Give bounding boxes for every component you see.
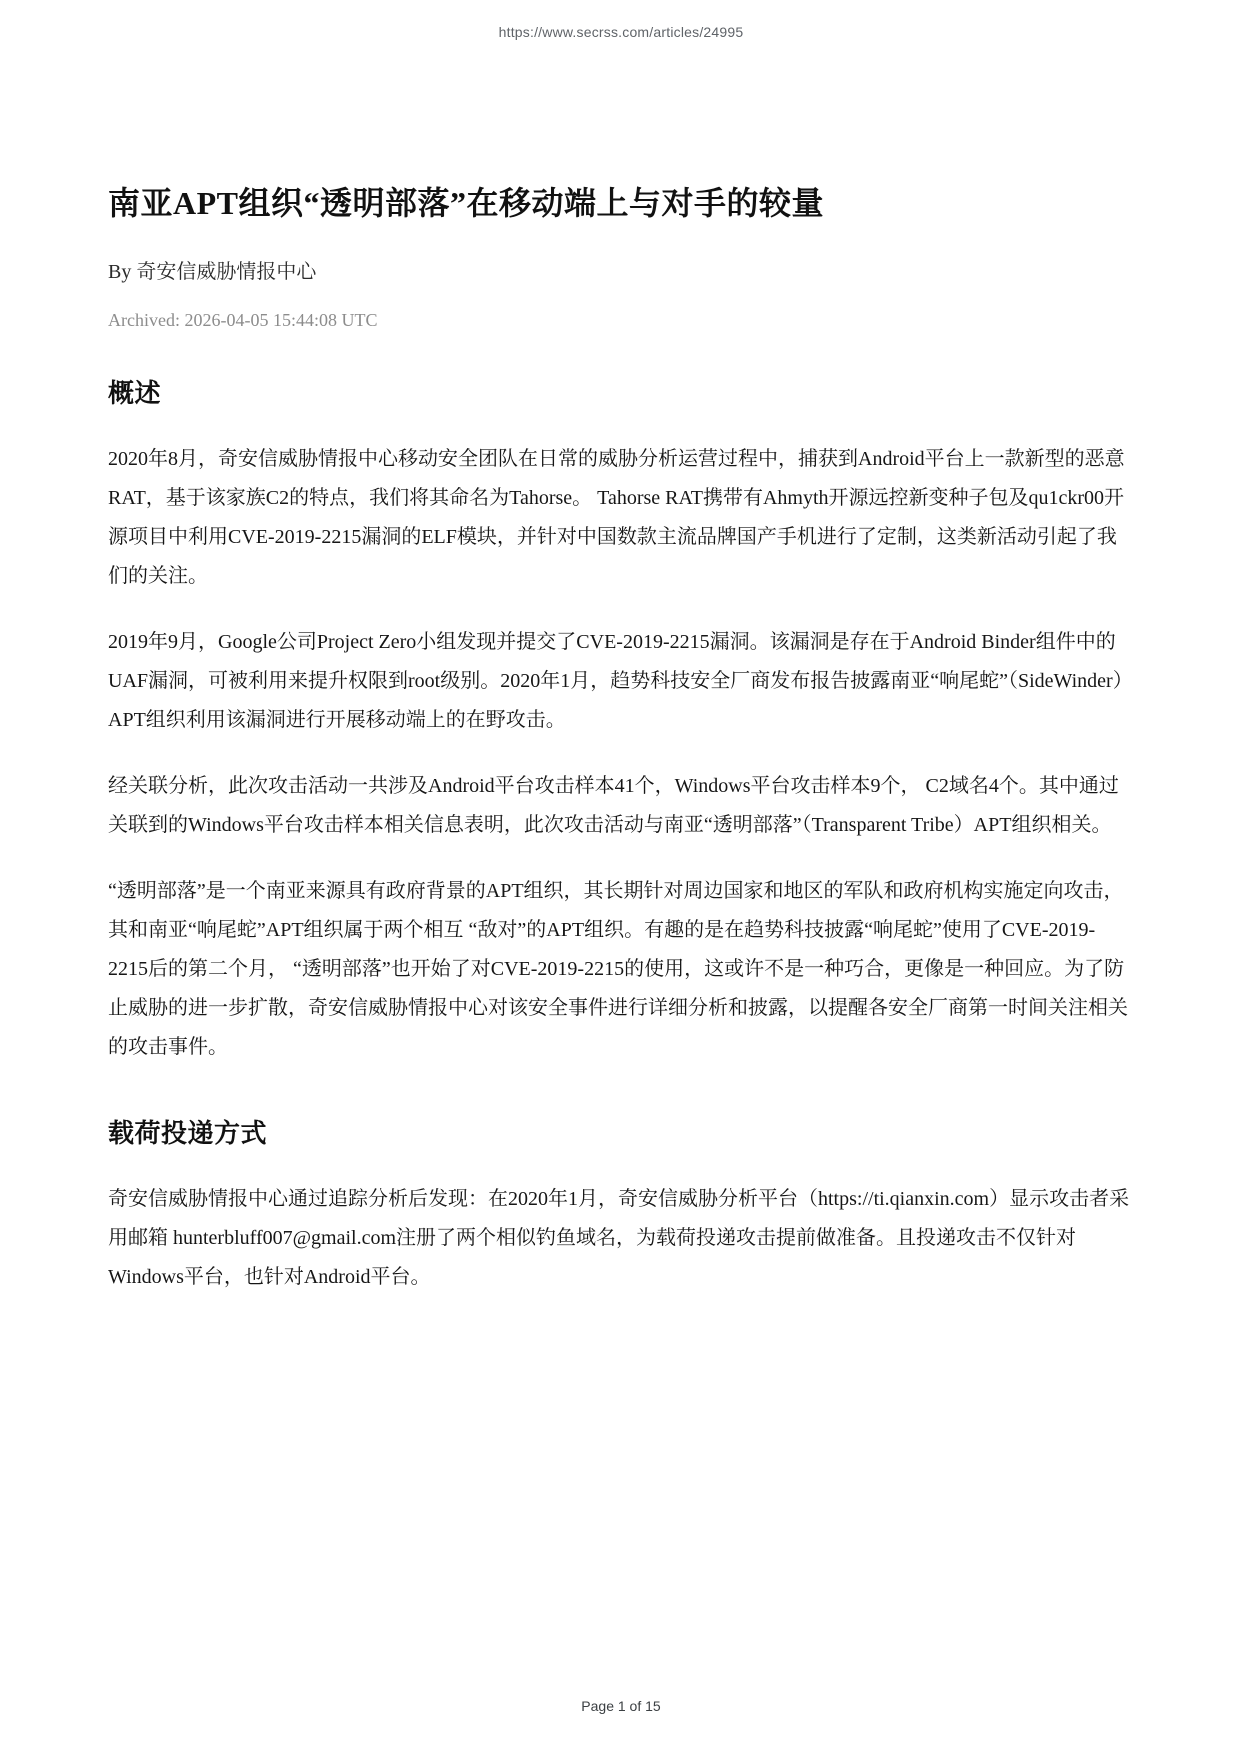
article-byline: By 奇安信威胁情报中心 (108, 255, 1134, 284)
page-number-footer: Page 1 of 15 (0, 1698, 1242, 1714)
archived-article-page: { "page": { "source_url": "https://www.s… (0, 0, 1242, 1756)
source-url: https://www.secrss.com/articles/24995 (0, 0, 1242, 40)
overview-paragraph-1: 2020年8月，奇安信威胁情报中心移动安全团队在日常的威胁分析运营过程中，捕获到… (108, 440, 1134, 596)
archived-timestamp: Archived: 2026-04-05 15:44:08 UTC (108, 310, 1134, 331)
section-heading-overview: 概述 (108, 373, 1134, 410)
article-title: 南亚APT组织“透明部落”在移动端上与对手的较量 (108, 182, 1134, 225)
article-body: 南亚APT组织“透明部落”在移动端上与对手的较量 By 奇安信威胁情报中心 Ar… (0, 182, 1242, 1297)
section-heading-payload-delivery: 载荷投递方式 (108, 1113, 1134, 1150)
payload-delivery-paragraph-1: 奇安信威胁情报中心通过追踪分析后发现：在2020年1月，奇安信威胁分析平台（ht… (108, 1180, 1134, 1297)
overview-paragraph-4: “透明部落”是一个南亚来源具有政府背景的APT组织，其长期针对周边国家和地区的军… (108, 872, 1134, 1067)
overview-paragraph-2: 2019年9月，Google公司Project Zero小组发现并提交了CVE-… (108, 623, 1134, 740)
overview-paragraph-3: 经关联分析，此次攻击活动一共涉及Android平台攻击样本41个，Windows… (108, 767, 1134, 845)
